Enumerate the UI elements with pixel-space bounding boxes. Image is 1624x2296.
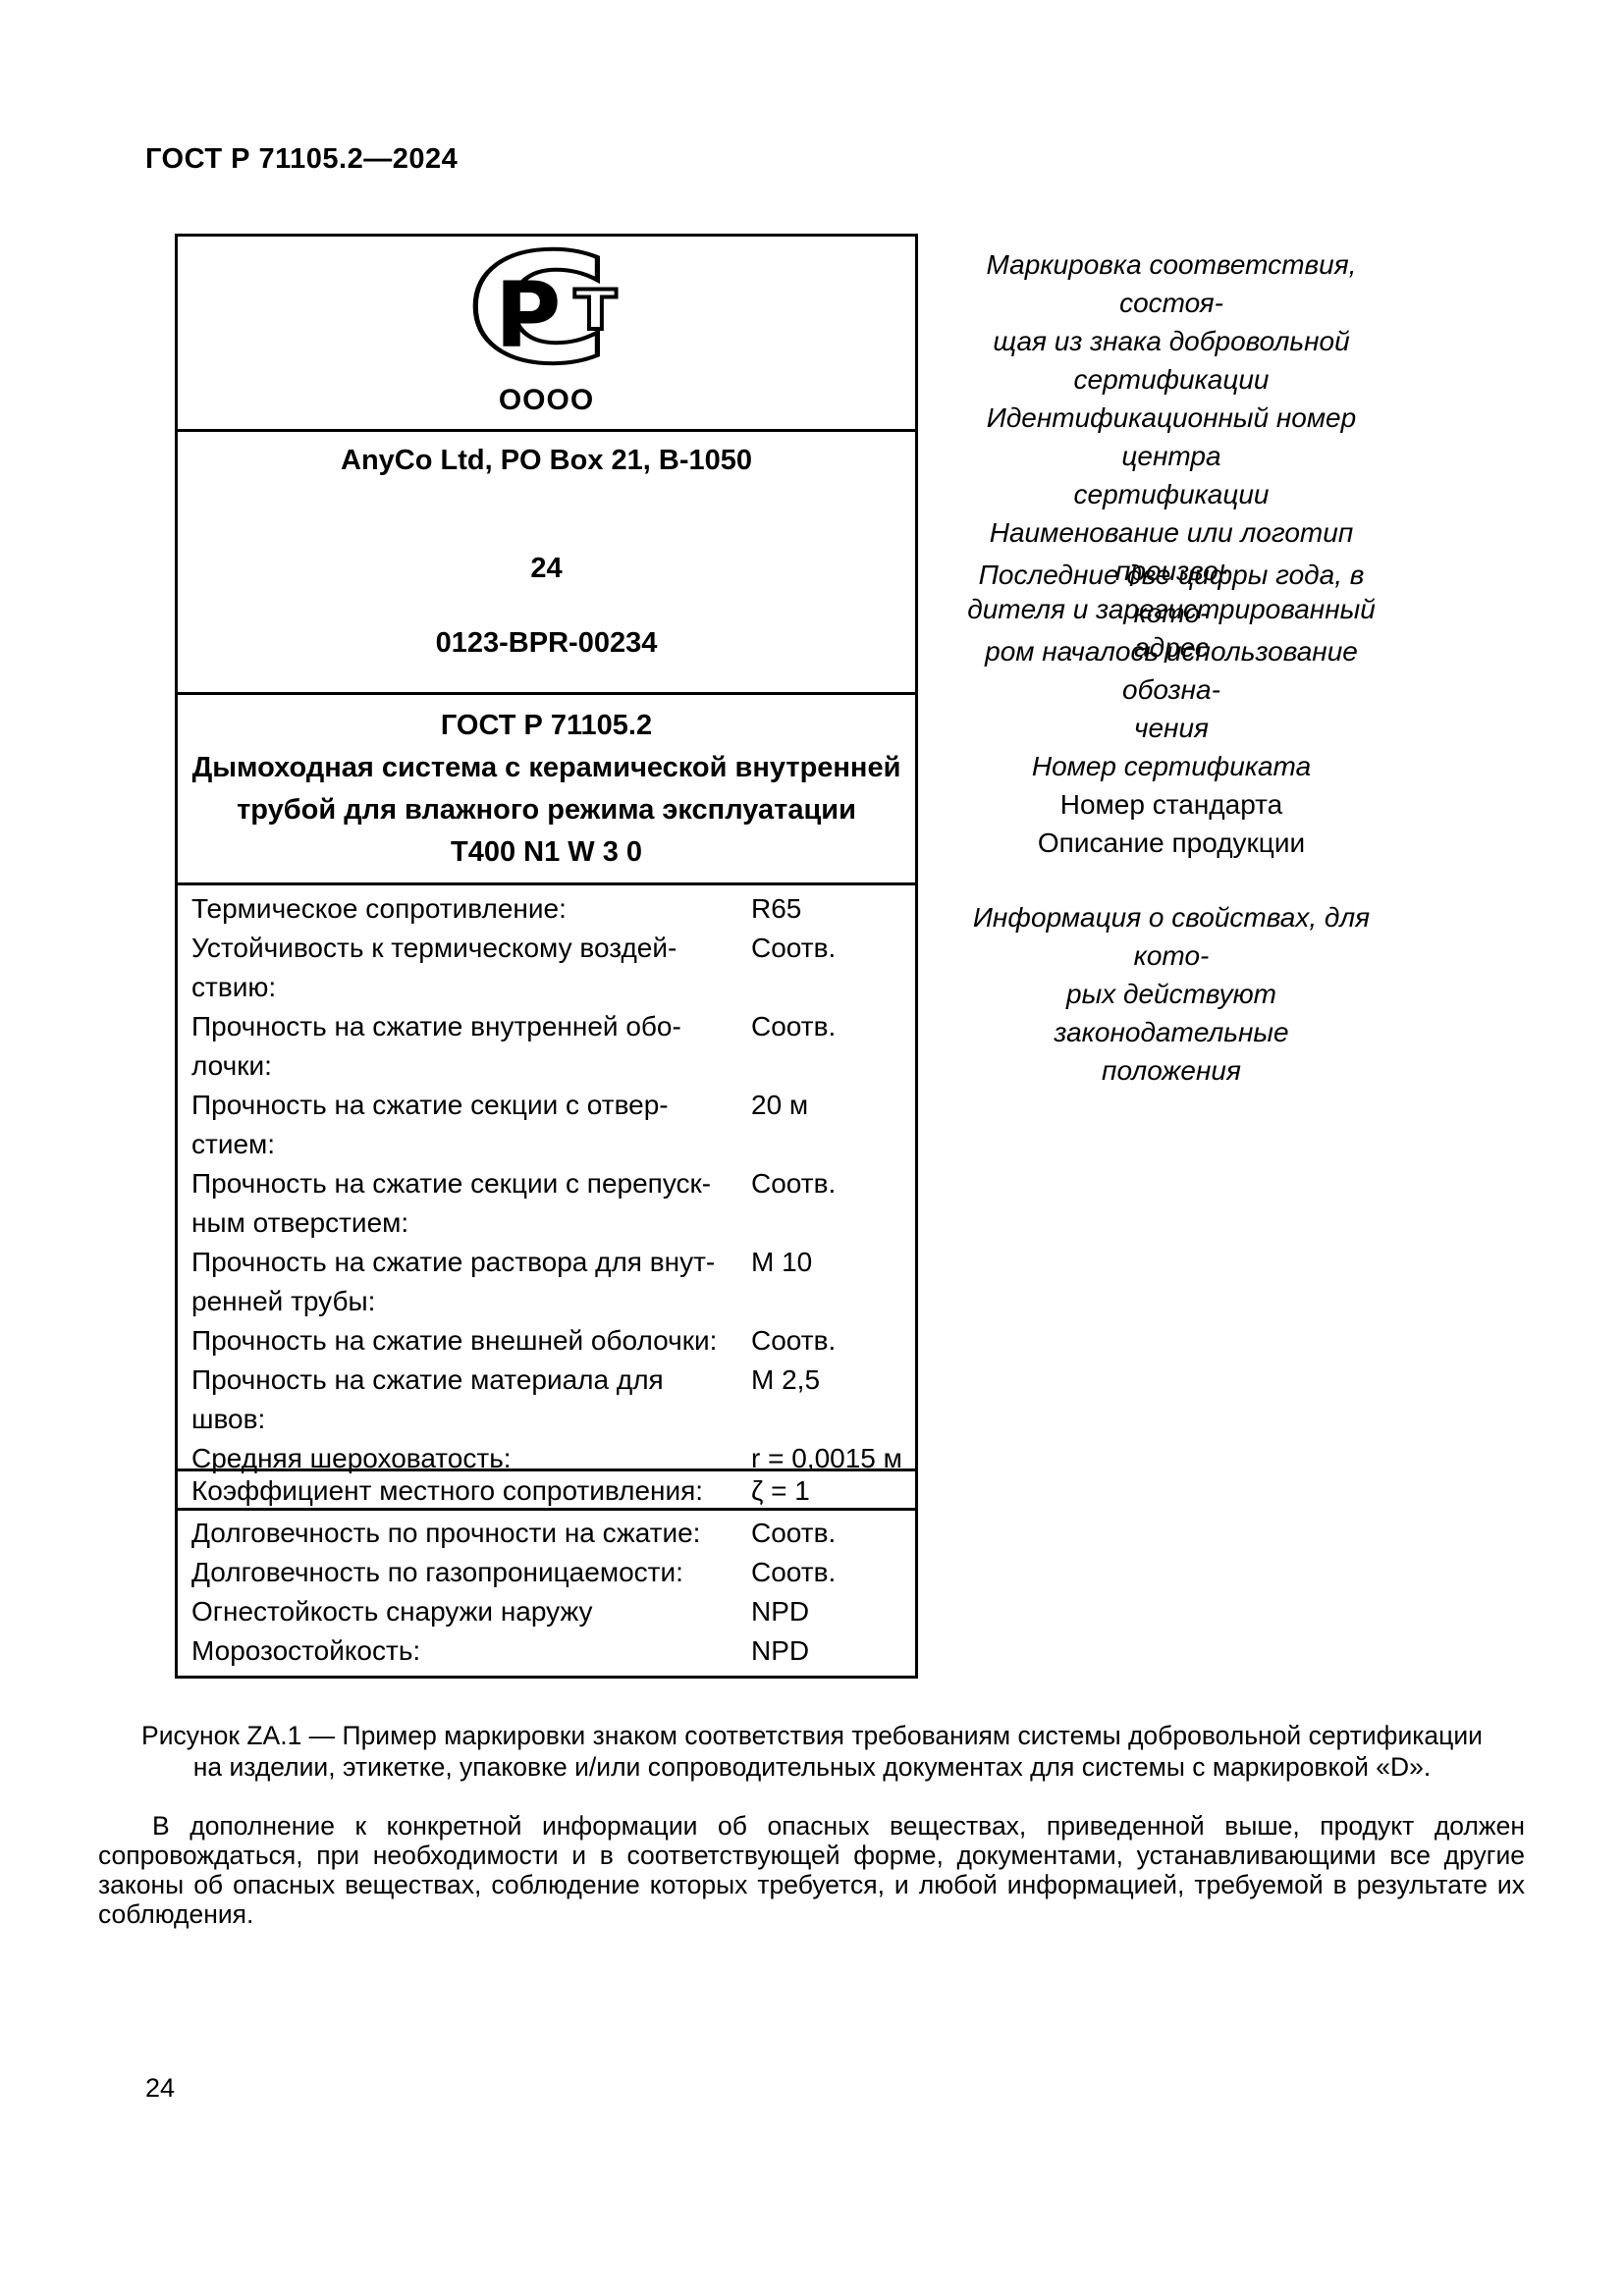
body-paragraph: В дополнение к конкретной информации об … [98, 1811, 1525, 1929]
table-row: Долговечность по газопроницаемости:Соотв… [191, 1553, 907, 1592]
property-label: Устойчивость к термическому воздей- стви… [191, 929, 751, 1007]
page-number: 24 [145, 2073, 175, 2104]
table-row: Огнестойкость снаружи наружуNPD [191, 1592, 907, 1631]
annotations-group-bottom: Информация о свойствах, для кото- рых де… [946, 898, 1397, 1090]
certificate-example-box: С т Р ОООО AnyCo Ltd, PO Box 21, B-1050 … [175, 234, 918, 1679]
table-row: Прочность на сжатие секции с перепуск- н… [191, 1164, 907, 1243]
property-value: Соотв. [751, 929, 907, 968]
table-row: Прочность на сжатие секции с отвер- стие… [191, 1086, 907, 1164]
property-label: Огнестойкость снаружи наружу [191, 1592, 751, 1631]
property-value: 20 м [751, 1086, 907, 1125]
property-label: Прочность на сжатие материала для швов: [191, 1361, 751, 1439]
property-value: ζ = 1 [751, 1473, 907, 1508]
certificate-number: 0123-BPR-00234 [178, 624, 915, 662]
table-row: Термическое сопротивление:R65 [191, 889, 907, 929]
table-row: Прочность на сжатие раствора для внут- р… [191, 1243, 907, 1321]
certification-center-id: ОООО [499, 386, 594, 415]
property-value: R65 [751, 889, 907, 929]
logo-section: С т Р ОООО [178, 237, 915, 429]
property-value: Соотв. [751, 1321, 907, 1361]
annotation-year: Последние две цифры года, в кото- ром на… [946, 556, 1397, 747]
property-label: Прочность на сжатие секции с перепуск- н… [191, 1164, 751, 1243]
property-label: Прочность на сжатие раствора для внут- р… [191, 1243, 751, 1321]
annotations-group-middle: Последние две цифры года, в кото- ром на… [946, 556, 1397, 862]
property-value: М 2,5 [751, 1361, 907, 1400]
standard-section: ГОСТ Р 71105.2 Дымоходная система с кера… [178, 692, 915, 882]
product-description: Дымоходная система с керамической внутре… [178, 747, 915, 831]
property-label: Долговечность по газопроницаемости: [191, 1553, 751, 1592]
year-digits: 24 [178, 550, 915, 587]
document-page: ГОСТ Р 71105.2—2024 С т Р ОООО AnyCo Ltd… [0, 0, 1624, 2296]
annotation-cert-number: Номер сертификата [946, 747, 1397, 785]
designation-code: Т400 N1 W 3 0 [178, 831, 915, 874]
rst-certification-mark-icon: С т Р [464, 249, 628, 364]
annotation-product-description: Описание продукции [946, 824, 1397, 862]
properties-table: Термическое сопротивление:R65Устойчивост… [178, 882, 915, 1468]
standard-header: ГОСТ Р 71105.2—2024 [145, 143, 458, 176]
property-label: Прочность на сжатие внешней оболочки: [191, 1321, 751, 1361]
annotation-center-number: Идентификационный номер центра сертифика… [946, 399, 1397, 513]
table-row: Устойчивость к термическому воздей- стви… [191, 929, 907, 1007]
durability-table: Долговечность по прочности на сжатие:Соо… [178, 1508, 915, 1676]
figure-caption: Рисунок ZA.1 — Пример маркировки знаком … [98, 1720, 1526, 1783]
property-label: Морозостойкость: [191, 1631, 751, 1671]
property-value: М 10 [751, 1243, 907, 1282]
property-label: Прочность на сжатие секции с отвер- стие… [191, 1086, 751, 1164]
logo-letter-t: т [574, 262, 617, 347]
table-row: Прочность на сжатие внутренней обо- лочк… [191, 1007, 907, 1086]
property-value: NPD [751, 1592, 907, 1631]
standard-number: ГОСТ Р 71105.2 [178, 705, 915, 747]
resistance-coefficient-row: Коэффициент местного сопротивления: ζ = … [178, 1468, 915, 1508]
identification-section: AnyCo Ltd, PO Box 21, B-1050 24 0123-BPR… [178, 429, 915, 692]
property-label: Прочность на сжатие внутренней обо- лочк… [191, 1007, 751, 1086]
logo-letter-p: Р [495, 263, 561, 368]
annotation-marking: Маркировка соответствия, состоя- щая из … [946, 245, 1397, 399]
manufacturer-address: AnyCo Ltd, PO Box 21, B-1050 [178, 442, 915, 479]
table-row: Морозостойкость:NPD [191, 1631, 907, 1671]
table-row: Прочность на сжатие внешней оболочки:Соо… [191, 1321, 907, 1361]
property-value: Соотв. [751, 1007, 907, 1046]
property-label: Долговечность по прочности на сжатие: [191, 1514, 751, 1553]
table-row: Прочность на сжатие материала для швов:М… [191, 1361, 907, 1439]
property-value: Соотв. [751, 1514, 907, 1553]
table-row: Долговечность по прочности на сжатие:Соо… [191, 1514, 907, 1553]
property-value: NPD [751, 1631, 907, 1671]
property-label: Термическое сопротивление: [191, 889, 751, 929]
property-value: Соотв. [751, 1553, 907, 1592]
property-label: Коэффициент местного сопротивления: [191, 1473, 751, 1508]
annotation-properties-info: Информация о свойствах, для кото- рых де… [946, 898, 1397, 1090]
property-value: Соотв. [751, 1164, 907, 1203]
annotation-standard-number: Номер стандарта [946, 785, 1397, 824]
